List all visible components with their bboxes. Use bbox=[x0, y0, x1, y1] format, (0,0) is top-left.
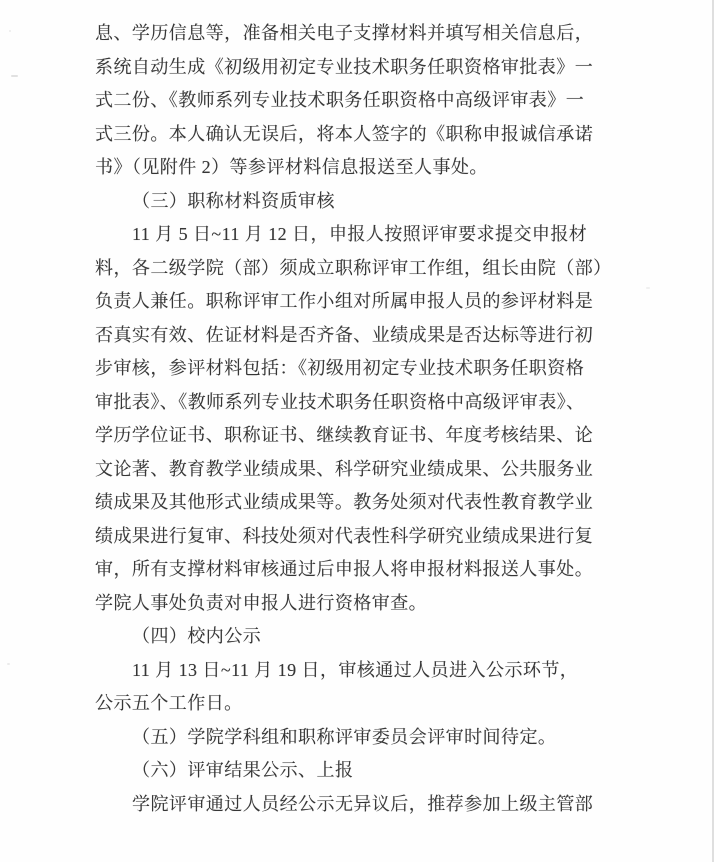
scan-noise-speck bbox=[646, 287, 650, 289]
text-line: 绩成果进行复审、科技处须对代表性科学研究业绩成果进行复 bbox=[95, 520, 602, 554]
text-line: 审，所有支撑材料审核通过后申报人将申报材料报送人事处。 bbox=[95, 553, 602, 587]
text-line: 学院评审通过人员经公示无异议后，推荐参加上级主管部 bbox=[95, 788, 602, 822]
text-line: 学院人事处负责对申报人进行资格审查。 bbox=[95, 587, 602, 621]
text-line: 11 月 13 日~11 月 19 日，审核通过人员进入公示环节， bbox=[95, 654, 602, 688]
section-heading: （五）学院学科组和职称评审委员会评审时间待定。 bbox=[95, 721, 602, 755]
text-line: 书》（见附件 2）等参评材料信息报送至人事处。 bbox=[95, 151, 602, 185]
scan-noise-speck bbox=[9, 30, 11, 32]
section-heading: （四）校内公示 bbox=[95, 620, 602, 654]
text-line: 文论著、教育教学业绩成果、科学研究业绩成果、公共服务业 bbox=[95, 453, 602, 487]
text-line: 系统自动生成《初级用初定专业技术职务任职资格审批表》一 bbox=[95, 51, 602, 85]
document-text-block: 息、学历信息等，准备相关电子支撑材料并填写相关信息后， 系统自动生成《初级用初定… bbox=[95, 17, 602, 821]
text-line: 否真实有效、佐证材料是否齐备、业绩成果是否达标等进行初 bbox=[95, 319, 602, 353]
text-line: 式三份。本人确认无误后，将本人签字的《职称申报诚信承诺 bbox=[95, 118, 602, 152]
text-line: 审批表》、《教师系列专业技术职务任职资格中高级评审表》、 bbox=[95, 386, 602, 420]
text-line: 学历学位证书、职称证书、继续教育证书、年度考核结果、论 bbox=[95, 419, 602, 453]
text-line: 息、学历信息等，准备相关电子支撑材料并填写相关信息后， bbox=[95, 17, 602, 51]
section-heading: （三）职称材料资质审核 bbox=[95, 185, 602, 219]
text-line: 绩成果及其他形式业绩成果等。教务处须对代表性教育教学业 bbox=[95, 486, 602, 520]
text-line: 步审核，参评材料包括：《初级用初定专业技术职务任职资格 bbox=[95, 352, 602, 386]
text-line: 公示五个工作日。 bbox=[95, 687, 602, 721]
document-page: 息、学历信息等，准备相关电子支撑材料并填写相关信息后， 系统自动生成《初级用初定… bbox=[0, 0, 714, 862]
scan-noise-speck bbox=[11, 75, 18, 77]
text-line: 式二份、《教师系列专业技术职务任职资格中高级评审表》一 bbox=[95, 84, 602, 118]
text-line: 11 月 5 日~11 月 12 日，申报人按照评审要求提交申报材 bbox=[95, 218, 602, 252]
text-line: 负责人兼任。职称评审工作小组对所属申报人员的参评材料是 bbox=[95, 285, 602, 319]
section-heading: （六）评审结果公示、上报 bbox=[95, 754, 602, 788]
text-line: 料，各二级学院（部）须成立职称评审工作组，组长由院（部） bbox=[95, 252, 602, 286]
scan-noise-speck bbox=[7, 663, 10, 665]
